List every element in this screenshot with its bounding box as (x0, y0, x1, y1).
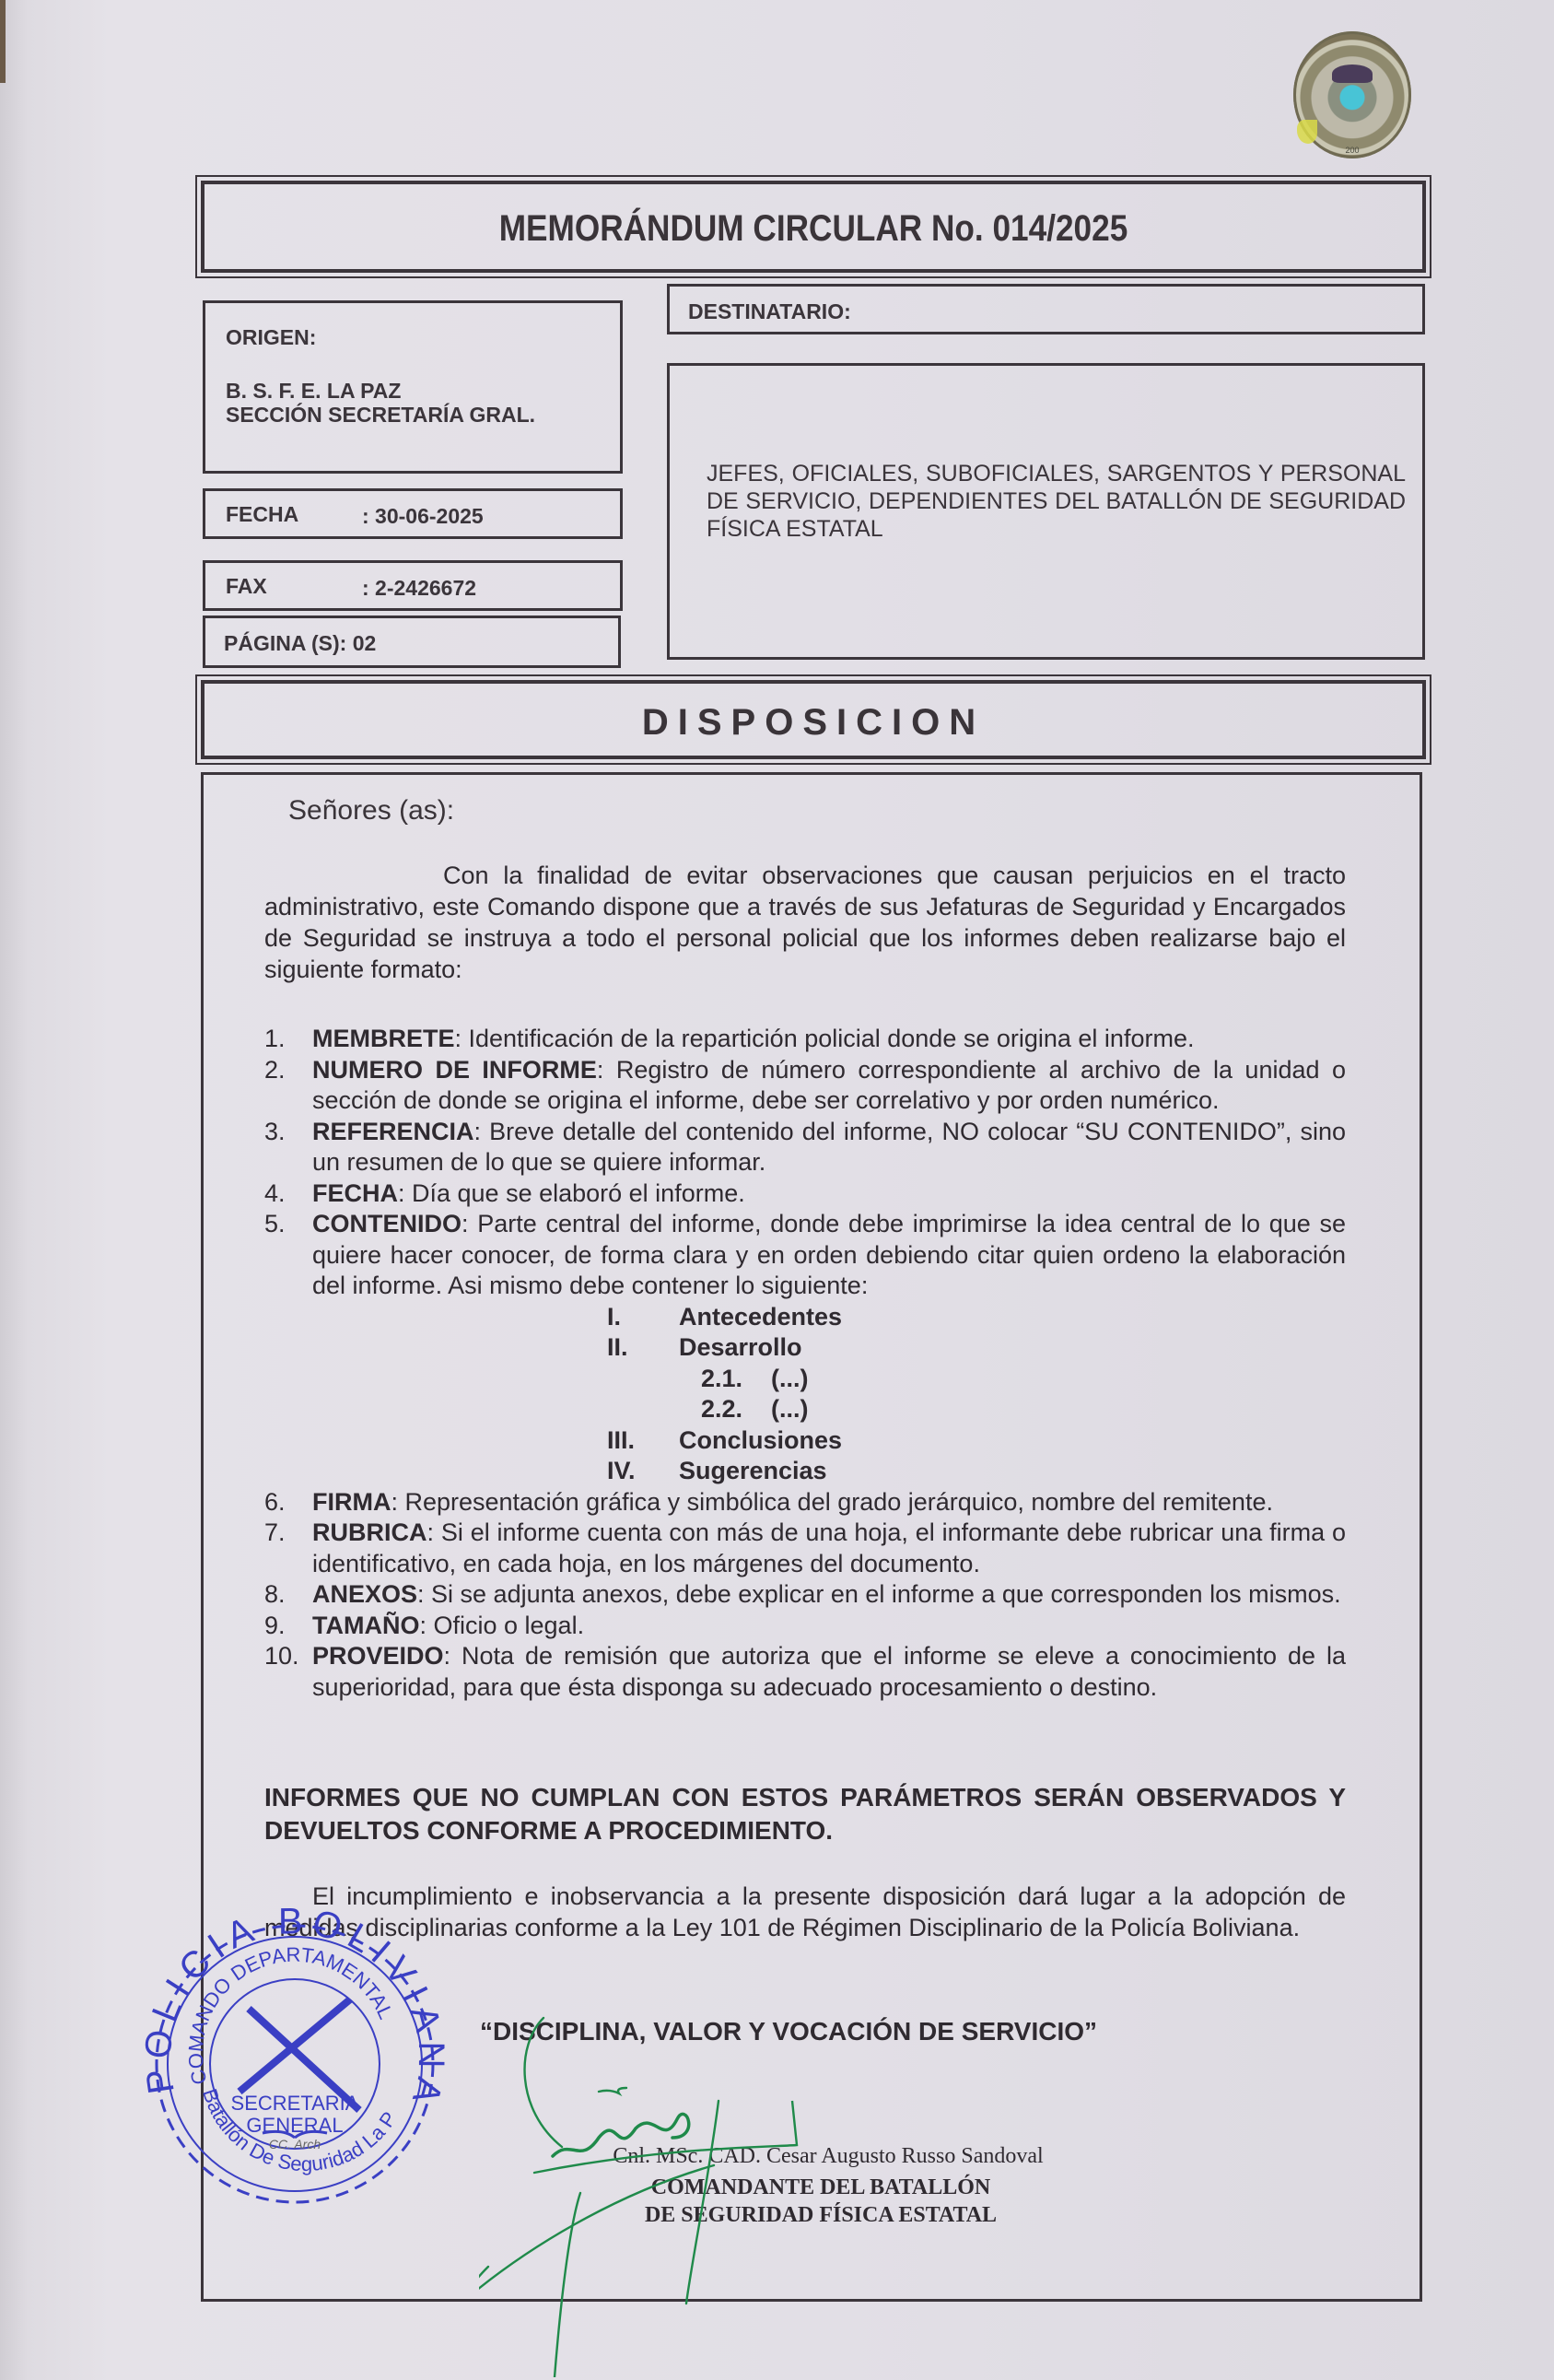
recipient-box: JEFES, OFICIALES, SUBOFICIALES, SARGENTO… (667, 363, 1425, 660)
list-item: 7.RUBRICA: Si el informe cuenta con más … (264, 1518, 1346, 1579)
motto: “DISCIPLINA, VALOR Y VOCACIÓN DE SERVICI… (480, 2017, 1097, 2046)
list-item-text: REFERENCIA: Breve detalle del contenido … (312, 1117, 1346, 1178)
memo-title: MEMORÁNDUM CIRCULAR No. 014/2025 (277, 208, 1349, 250)
svg-text:GENERAL: GENERAL (246, 2114, 343, 2137)
sub-list-text: (...) (771, 1364, 809, 1395)
sub-list-item: 2.2.(...) (264, 1394, 1346, 1425)
emblem-year: 200 (1334, 146, 1371, 155)
sub-list-text: Desarrollo (679, 1332, 802, 1364)
list-item: 8.ANEXOS: Si se adjunta anexos, debe exp… (264, 1579, 1346, 1611)
sub-list-number: 2.1. (701, 1364, 742, 1395)
list-item-text: PROVEIDO: Nota de remisión que autoriza … (312, 1641, 1346, 1703)
svg-text:POLICIA BOLIVIANA: POLICIA BOLIVIANA (138, 1907, 451, 2115)
list-item-number: 4. (264, 1178, 312, 1210)
sub-list-number: III. (607, 1425, 635, 1457)
list-item-key: FECHA (312, 1179, 398, 1207)
signatory-title-line-1: COMANDANTE DEL BATALLÓN (572, 2174, 1069, 2201)
origin-box: ORIGEN: B. S. F. E. LA PAZ SECCIÓN SECRE… (203, 300, 623, 474)
signatory-title: COMANDANTE DEL BATALLÓN DE SEGURIDAD FÍS… (572, 2174, 1069, 2229)
recipient-text: JEFES, OFICIALES, SUBOFICIALES, SARGENTO… (707, 460, 1406, 543)
list-item-number: 5. (264, 1209, 312, 1302)
list-item-key: ANEXOS (312, 1580, 417, 1608)
page-edge (0, 0, 6, 83)
sub-list-item: II.Desarrollo (264, 1332, 1346, 1364)
list-item-text: MEMBRETE: Identificación de la repartici… (312, 1024, 1346, 1055)
list-item-key: TAMAÑO (312, 1612, 419, 1639)
list-item-key: PROVEIDO (312, 1642, 444, 1670)
sub-list-text: (...) (771, 1394, 809, 1425)
list-item: 5.CONTENIDO: Parte central del informe, … (264, 1209, 1346, 1302)
sub-list-item: 2.1.(...) (264, 1364, 1346, 1395)
sub-list-item: I.Antecedentes (264, 1302, 1346, 1333)
sub-list-text: Antecedentes (679, 1302, 842, 1333)
sub-list-item: IV.Sugerencias (264, 1456, 1346, 1487)
list-item-text: FIRMA: Representación gráfica y simbólic… (312, 1487, 1346, 1518)
signatory-name: Cnl. MSc. CAD. Cesar Augusto Russo Sando… (579, 2144, 1077, 2169)
list-item-number: 3. (264, 1117, 312, 1178)
disposition-title-box: DISPOSICION (201, 680, 1426, 759)
format-list: 1.MEMBRETE: Identificación de la reparti… (264, 1024, 1346, 1703)
list-item: 10.PROVEIDO: Nota de remisión que autori… (264, 1641, 1346, 1703)
list-item-number: 10. (264, 1641, 312, 1703)
pages-label: PÁGINA (S): 02 (224, 631, 376, 656)
signatory-title-line-2: DE SEGURIDAD FÍSICA ESTATAL (572, 2201, 1069, 2229)
list-item-key: RUBRICA (312, 1518, 427, 1546)
recipient-label: DESTINATARIO: (688, 299, 851, 324)
list-item-key: NUMERO DE INFORME (312, 1056, 597, 1084)
list-item: 2.NUMERO DE INFORME: Registro de número … (264, 1055, 1346, 1117)
sub-list-number: I. (607, 1302, 621, 1333)
list-item-number: 1. (264, 1024, 312, 1055)
salutation: Señores (as): (288, 795, 454, 827)
memo-title-box: MEMORÁNDUM CIRCULAR No. 014/2025 (201, 181, 1426, 273)
list-item-key: MEMBRETE (312, 1025, 455, 1052)
svg-text:SECRETARIA: SECRETARIA (231, 2092, 359, 2115)
list-item-number: 9. (264, 1611, 312, 1642)
sub-list-text: Conclusiones (679, 1425, 842, 1457)
list-item-number: 6. (264, 1487, 312, 1518)
list-item-number: 8. (264, 1579, 312, 1611)
fax-value: : 2-2426672 (362, 576, 476, 601)
list-item: 4.FECHA: Día que se elaboró el informe. (264, 1178, 1346, 1210)
document-page: 200 MEMORÁNDUM CIRCULAR No. 014/2025 ORI… (0, 0, 1554, 2380)
date-box: FECHA : 30-06-2025 (203, 488, 623, 539)
list-item: 9.TAMAÑO: Oficio o legal. (264, 1611, 1346, 1642)
intro-paragraph: Con la finalidad de evitar observaciones… (264, 860, 1346, 985)
list-item: 6.FIRMA: Representación gráfica y simból… (264, 1487, 1346, 1518)
sub-list-number: II. (607, 1332, 628, 1364)
list-item-key: FIRMA (312, 1488, 391, 1516)
warning-paragraph: INFORMES QUE NO CUMPLAN CON ESTOS PARÁME… (264, 1781, 1346, 1847)
list-item-text: ANEXOS: Si se adjunta anexos, debe expli… (312, 1579, 1346, 1611)
list-item: 3.REFERENCIA: Breve detalle del contenid… (264, 1117, 1346, 1178)
sub-list-number: 2.2. (701, 1394, 742, 1425)
list-item-text: TAMAÑO: Oficio o legal. (312, 1611, 1346, 1642)
list-item-text: RUBRICA: Si el informe cuenta con más de… (312, 1518, 1346, 1579)
sub-list-number: IV. (607, 1456, 636, 1487)
date-value: : 30-06-2025 (362, 504, 484, 529)
official-stamp-icon: POLICIA BOLIVIANA COMANDO DEPARTAMENTAL … (138, 1907, 451, 2211)
sub-list-item: III.Conclusiones (264, 1425, 1346, 1457)
list-item-text: CONTENIDO: Parte central del informe, do… (312, 1209, 1346, 1302)
emblem-ribbon-icon (1297, 120, 1317, 144)
origin-line-1: B. S. F. E. LA PAZ (226, 379, 401, 404)
list-item-number: 2. (264, 1055, 312, 1117)
eagle-icon (1332, 64, 1373, 83)
sub-list-text: Sugerencias (679, 1456, 827, 1487)
recipient-label-box: DESTINATARIO: (667, 284, 1425, 334)
origin-line-2: SECCIÓN SECRETARÍA GRAL. (226, 403, 535, 428)
date-label: FECHA (226, 502, 298, 527)
fax-box: FAX : 2-2426672 (203, 560, 623, 611)
svg-text:CC. Arch: CC. Arch (269, 2137, 321, 2151)
pages-box: PÁGINA (S): 02 (203, 616, 621, 668)
list-item-text: NUMERO DE INFORME: Registro de número co… (312, 1055, 1346, 1117)
fax-label: FAX (226, 574, 267, 599)
list-item: 1.MEMBRETE: Identificación de la reparti… (264, 1024, 1346, 1055)
list-item-key: REFERENCIA (312, 1118, 474, 1145)
list-item-number: 7. (264, 1518, 312, 1579)
list-item-key: CONTENIDO (312, 1210, 462, 1237)
disposition-title: DISPOSICION (204, 702, 1422, 744)
origin-label: ORIGEN: (226, 325, 316, 350)
list-item-text: FECHA: Día que se elaboró el informe. (312, 1178, 1346, 1210)
